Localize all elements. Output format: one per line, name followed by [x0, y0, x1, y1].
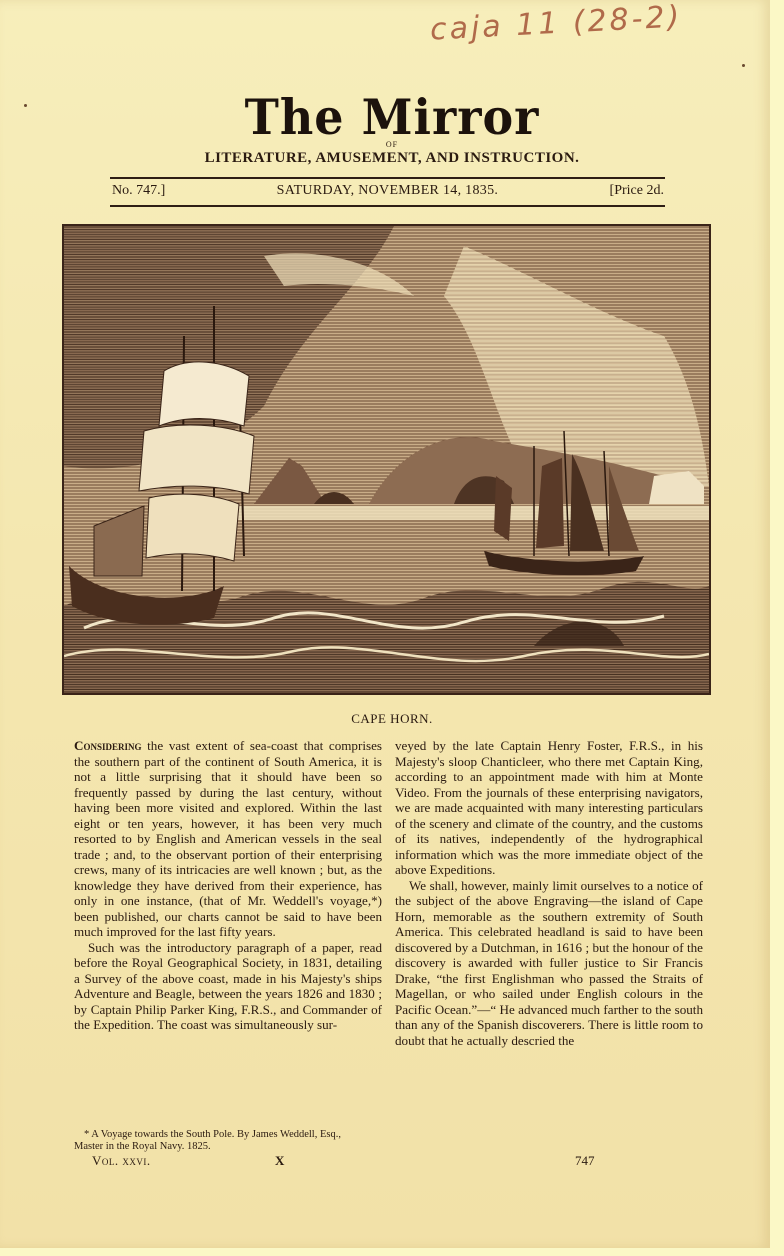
volume-label: Vol. xxvi. — [92, 1153, 151, 1169]
header-rule-top — [110, 177, 665, 179]
article-column-left: Considering the vast extent of sea-coast… — [74, 738, 382, 1033]
paragraph-text: Such was the introductory paragraph of a… — [74, 940, 382, 1033]
lead-word: Considering — [74, 738, 141, 753]
paragraph-text: the vast extent of sea-coast that compri… — [74, 738, 382, 939]
publication-title: The Mirror — [0, 91, 784, 144]
scan-margin — [770, 0, 784, 1256]
paragraph-text: We shall, however, mainly limit ourselve… — [395, 878, 703, 1049]
article-column-right: veyed by the late Captain Henry Foster, … — [395, 738, 703, 1048]
engraving-illustration — [64, 226, 709, 693]
article-caption: CAPE HORN. — [0, 711, 784, 727]
issue-number: No. 747.] — [112, 183, 165, 199]
publication-subtitle: LITERATURE, AMUSEMENT, AND INSTRUCTION. — [0, 150, 784, 167]
scan-margin-bottom — [0, 1248, 784, 1256]
paper-speck — [742, 64, 745, 67]
footnote: * A Voyage towards the South Pole. By Ja… — [74, 1129, 364, 1153]
header-rule-bottom — [110, 205, 665, 207]
signature-mark: X — [275, 1153, 284, 1169]
cape-horn-engraving — [62, 224, 711, 695]
issue-line: No. 747.] SATURDAY, NOVEMBER 14, 1835. [… — [112, 183, 664, 199]
paragraph-text: veyed by the late Captain Henry Foster, … — [395, 738, 703, 878]
issue-date: SATURDAY, NOVEMBER 14, 1835. — [277, 183, 499, 199]
page-number: 747 — [575, 1153, 595, 1169]
masthead: The Mirror OF LITERATURE, AMUSEMENT, AND… — [0, 92, 784, 167]
issue-price: [Price 2d. — [610, 183, 664, 199]
